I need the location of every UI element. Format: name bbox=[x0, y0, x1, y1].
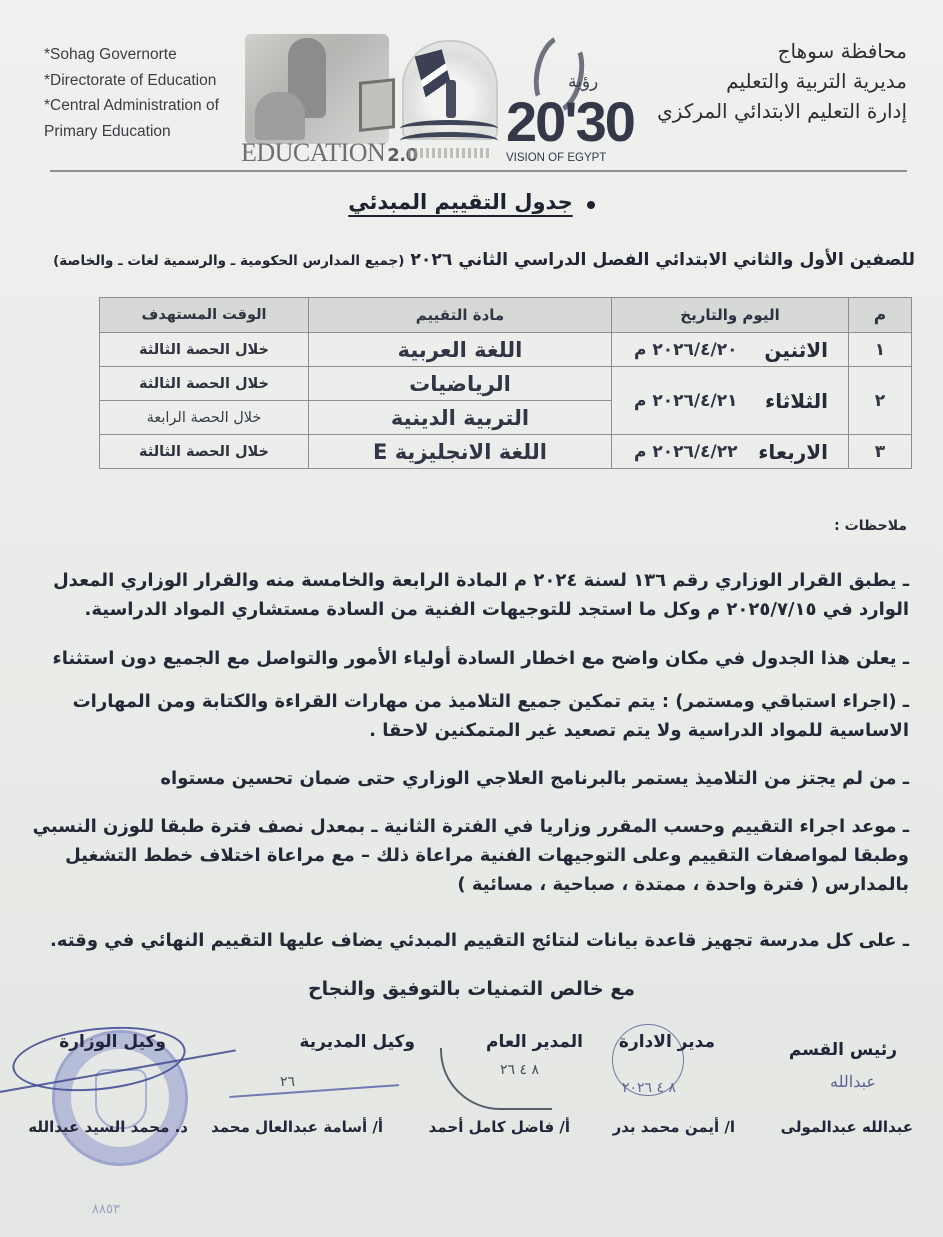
page-title: جدول التقييم المبدئي bbox=[348, 190, 573, 214]
header-arabic-block: محافظة سوهاج مديرية التربية والتعليم إدا… bbox=[637, 36, 907, 126]
signature-title: وكيل المديرية bbox=[299, 1032, 415, 1052]
subject-cell: التربية الدينية bbox=[309, 401, 612, 435]
header-en-line: Primary Education bbox=[44, 119, 254, 145]
handwritten-date: ٨ ٤ ٢٠٢٦ bbox=[622, 1080, 676, 1096]
table-row: ٢ الثلاثاء ٢٠٢٦/٤/٢١ م الرياضيات خلال ال… bbox=[100, 367, 912, 401]
header-divider bbox=[50, 170, 907, 172]
date-label: ٢٠٢٦/٤/٢١ م bbox=[618, 391, 737, 411]
header-no: م bbox=[849, 298, 912, 333]
signature-scribble bbox=[229, 1084, 400, 1118]
table-row: ١ الاثنين ٢٠٢٦/٤/٢٠ م اللغة العربية خلال… bbox=[100, 333, 912, 367]
schedule-table: م اليوم والتاريخ مادة التقييم الوقت المس… bbox=[99, 297, 912, 469]
note-item: ـ يطبق القرار الوزاري رقم ١٣٦ لسنة ٢٠٢٤ … bbox=[9, 566, 909, 624]
handwritten-signature: عبدالله bbox=[830, 1072, 876, 1091]
vision-caption: VISION OF EGYPT bbox=[506, 152, 606, 164]
note-item: ـ موعد اجراء التقييم وحسب المقرر وزاريا … bbox=[9, 812, 909, 899]
header-english-block: *Sohag Governorte *Directorate of Educat… bbox=[44, 42, 254, 144]
book-wave-icon bbox=[400, 132, 498, 149]
row-number: ١ bbox=[849, 333, 912, 367]
header-ar-line: إدارة التعليم الابتدائي المركزي bbox=[637, 96, 907, 126]
handwritten-date: ٨ ٤ ٢٦ bbox=[500, 1062, 539, 1078]
header-subject: مادة التقييم bbox=[309, 298, 612, 333]
note-item: ـ (اجراء استباقي ومستمر) : يتم تمكين جمي… bbox=[9, 687, 909, 745]
header-en-line: *Sohag Governorte bbox=[44, 42, 254, 68]
signatory-name: د. محمد السيد عبدالله bbox=[28, 1118, 188, 1136]
education-wordmark: EDUCATION2.0 bbox=[241, 138, 418, 168]
notes-label: ملاحظات : bbox=[834, 518, 907, 534]
education-2-logo: EDUCATION2.0 bbox=[243, 32, 393, 170]
row-number: ٣ bbox=[849, 435, 912, 469]
date-label: ٢٠٢٦/٤/٢٢ م bbox=[618, 442, 737, 462]
signature-title: رئيس القسم bbox=[789, 1040, 897, 1060]
day-date-cell: الاثنين ٢٠٢٦/٤/٢٠ م bbox=[612, 333, 849, 367]
closing-remark: مع خالص التمنيات بالتوفيق والنجاح bbox=[0, 978, 943, 1000]
vision-2030-logo: رؤية 20'30 VISION OF EGYPT bbox=[506, 34, 626, 164]
header-ar-line: مديرية التربية والتعليم bbox=[637, 66, 907, 96]
day-date-cell: الاربعاء ٢٠٢٦/٤/٢٢ م bbox=[612, 435, 849, 469]
subtitle-scope: (جميع المدارس الحكومية ـ والرسمية لغات ـ… bbox=[53, 253, 404, 269]
table-row: ٣ الاربعاء ٢٠٢٦/٤/٢٢ م اللغة الانجليزية … bbox=[100, 435, 912, 469]
row-number: ٢ bbox=[849, 367, 912, 435]
note-item: ـ من لم يجتز من التلاميذ يستمر بالبرنامج… bbox=[9, 764, 909, 793]
computer-screen-icon bbox=[359, 78, 395, 132]
date-label: ٢٠٢٦/٤/٢٠ م bbox=[618, 340, 737, 360]
signature-title: وكيل الوزارة bbox=[59, 1032, 166, 1052]
signature-titles-row: رئيس القسم مدير الادارة المدير العام وكي… bbox=[0, 1030, 943, 1060]
time-cell: خلال الحصة الرابعة bbox=[100, 401, 309, 435]
stamp-reference-number: ٨٨٥٣ bbox=[92, 1202, 120, 1217]
subtitle: للصفين الأول والثاني الابتدائي الفصل الد… bbox=[53, 250, 915, 270]
ministry-caption-text bbox=[408, 148, 492, 158]
day-date-cell: الثلاثاء ٢٠٢٦/٤/٢١ م bbox=[612, 367, 849, 435]
header-day-date: اليوم والتاريخ bbox=[612, 298, 849, 333]
note-item: ـ يعلن هذا الجدول في مكان واضح مع اخطار … bbox=[9, 644, 909, 673]
document-page: *Sohag Governorte *Directorate of Educat… bbox=[0, 0, 943, 1237]
time-cell: خلال الحصة الثالثة bbox=[100, 435, 309, 469]
signatory-name: أ/ أسامة عبدالعال محمد bbox=[211, 1118, 383, 1136]
subject-cell: الرياضيات bbox=[309, 367, 612, 401]
signatory-name: ا/ أيمن محمد بدر bbox=[613, 1118, 735, 1136]
time-cell: خلال الحصة الثالثة bbox=[100, 333, 309, 367]
signature-names-row: عبدالله عبدالمولى ا/ أيمن محمد بدر أ/ فا… bbox=[0, 1118, 943, 1148]
bullet-icon bbox=[587, 201, 595, 209]
header-ar-line: محافظة سوهاج bbox=[637, 36, 907, 66]
student-figure-icon bbox=[255, 92, 305, 140]
subject-cell: اللغة العربية bbox=[309, 333, 612, 367]
day-label: الثلاثاء bbox=[765, 389, 842, 413]
subtitle-main: للصفين الأول والثاني الابتدائي الفصل الد… bbox=[410, 250, 915, 270]
table-header-row: م اليوم والتاريخ مادة التقييم الوقت المس… bbox=[100, 298, 912, 333]
header-en-line: *Directorate of Education bbox=[44, 68, 254, 94]
title-row: جدول التقييم المبدئي bbox=[0, 190, 943, 214]
signatory-name: أ/ فاضل كامل أحمد bbox=[429, 1118, 570, 1136]
note-item: ـ على كل مدرسة تجهيز قاعدة بيانات لنتائج… bbox=[9, 926, 909, 955]
time-cell: خلال الحصة الثالثة bbox=[100, 367, 309, 401]
torch-icon bbox=[446, 80, 456, 118]
subject-cell: اللغة الانجليزية E bbox=[309, 435, 612, 469]
vision-year: 20'30 bbox=[506, 94, 634, 150]
vision-ruya-label: رؤية bbox=[568, 72, 598, 92]
handwritten-date: ٢٦ bbox=[280, 1074, 295, 1090]
education-word: EDUCATION bbox=[241, 138, 385, 167]
signatory-name: عبدالله عبدالمولى bbox=[781, 1118, 913, 1136]
header-time: الوقت المستهدف bbox=[100, 298, 309, 333]
signature-title: المدير العام bbox=[486, 1032, 583, 1052]
signature-title: مدير الادارة bbox=[619, 1032, 715, 1052]
day-label: الاربعاء bbox=[758, 440, 842, 464]
day-label: الاثنين bbox=[764, 338, 842, 362]
ministry-emblem-logo bbox=[400, 40, 500, 160]
header-en-line: *Central Administration of bbox=[44, 93, 254, 119]
